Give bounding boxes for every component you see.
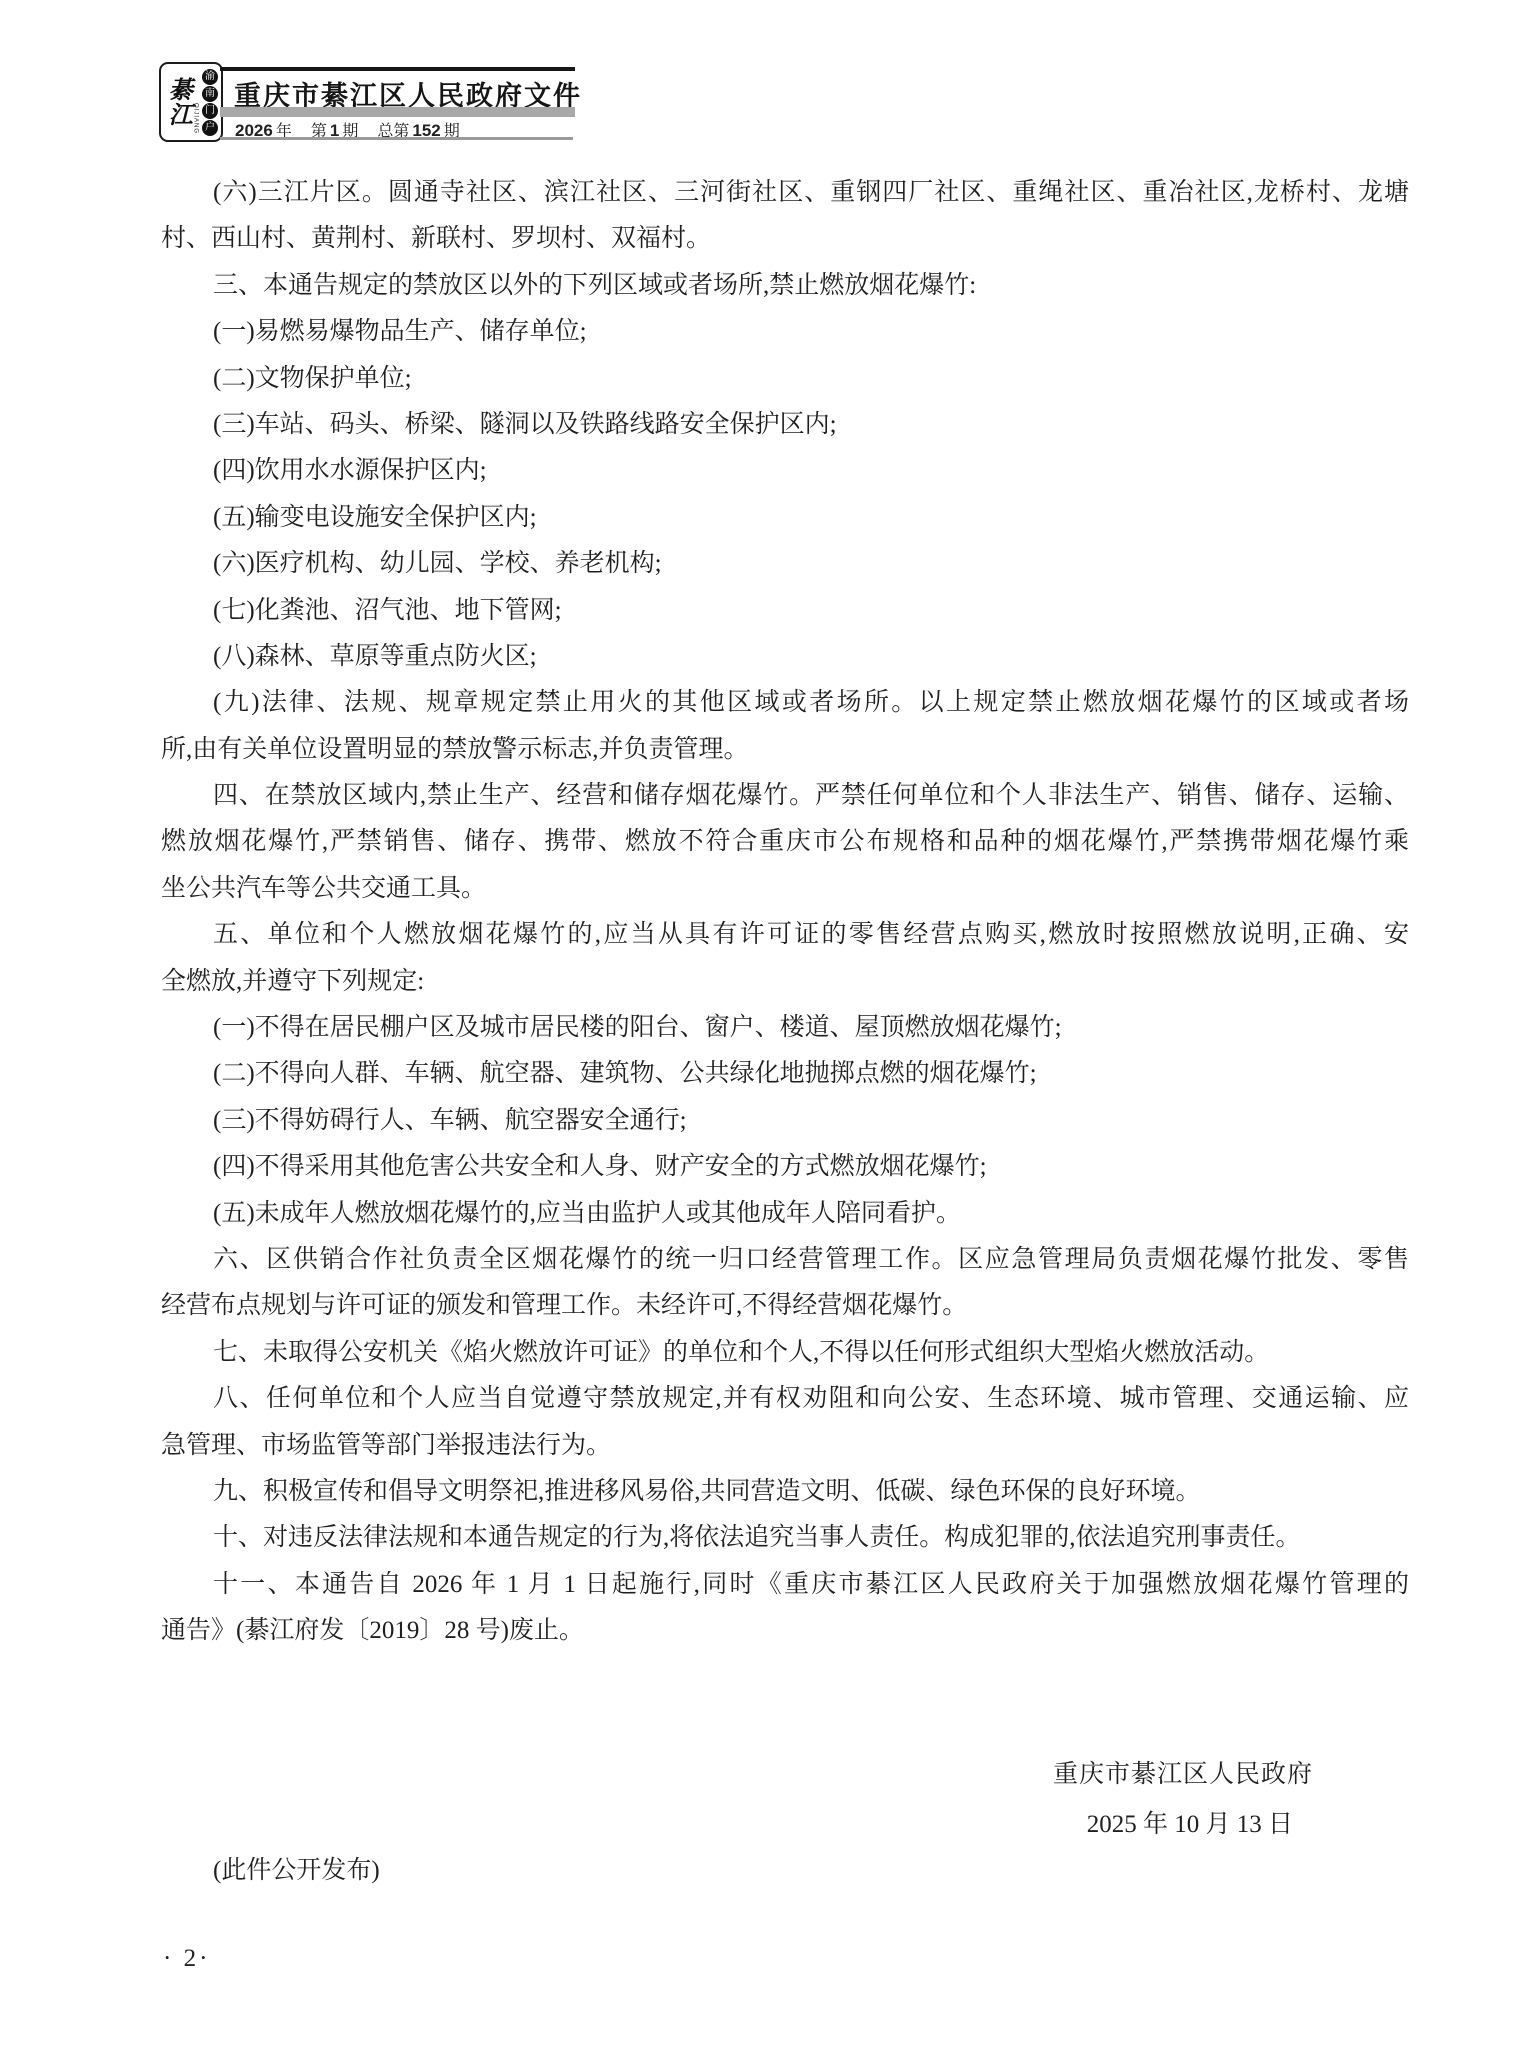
logo-seal-char: 门 <box>202 103 218 119</box>
document-line: 四、在禁放区域内,禁止生产、经营和储存烟花爆竹。严禁任何单位和个人非法生产、销售… <box>161 773 1409 819</box>
page-number: · 2· <box>163 1945 210 1973</box>
masthead-rule-bottom <box>220 137 573 140</box>
document-line: 五、单位和个人燃放烟花爆竹的,应当从具有许可证的零售经营点购买,燃放时按照燃放说… <box>161 912 1409 958</box>
document-line: (二)不得向人群、车辆、航空器、建筑物、公共绿化地抛掷点燃的烟花爆竹; <box>161 1051 1409 1097</box>
document-line: (一)不得在居民棚户区及城市居民楼的阳台、窗户、楼道、屋顶燃放烟花爆竹; <box>161 1005 1409 1051</box>
document-line: 九、积极宣传和倡导文明祭祀,推进移风易俗,共同营造文明、低碳、绿色环保的良好环境… <box>161 1469 1409 1515</box>
masthead-rule-top <box>220 67 575 71</box>
logo-seal-char: 渝 <box>202 69 218 85</box>
issue-date: 2025 年 10 月 13 日 <box>161 1802 1409 1848</box>
document-line: (四)不得采用其他危害公共安全和人身、财产安全的方式燃放烟花爆竹; <box>161 1144 1409 1190</box>
document-text-block: (六)三江片区。圆通寺社区、滨江社区、三河街社区、重钢四厂社区、重绳社区、重冶社… <box>161 170 1409 1655</box>
logo-seal-char: 南 <box>202 86 218 102</box>
document-line: (三)车站、码头、桥梁、隧洞以及铁路线路安全保护区内; <box>161 402 1409 448</box>
document-line: 所,由有关单位设置明显的禁放警示标志,并负责管理。 <box>161 727 1409 773</box>
document-line: 十、对违反法律法规和本通告规定的行为,将依法追究当事人责任。构成犯罪的,依法追究… <box>161 1515 1409 1561</box>
document-line: 七、未取得公安机关《焰火燃放许可证》的单位和个人,不得以任何形式组织大型焰火燃放… <box>161 1330 1409 1376</box>
document-line: (二)文物保护单位; <box>161 356 1409 402</box>
logo-seal-column: 渝 南 门 户 <box>202 69 218 136</box>
masthead-divider-bar <box>220 107 575 117</box>
logo-romanized-text: QIJIANG <box>193 103 199 134</box>
document-line: (五)输变电设施安全保护区内; <box>161 495 1409 541</box>
document-line: (一)易燃易爆物品生产、储存单位; <box>161 309 1409 355</box>
document-line: (五)未成年人燃放烟花爆竹的,应当由监护人或其他成年人陪同看护。 <box>161 1191 1409 1237</box>
document-line: 燃放烟花爆竹,严禁销售、储存、携带、燃放不符合重庆市公布规格和品种的烟花爆竹,严… <box>161 819 1409 865</box>
document-line: 经营布点规划与许可证的颁发和管理工作。未经许可,不得经营烟花爆竹。 <box>161 1283 1409 1329</box>
logo-name-vertical: 綦江 <box>164 77 189 127</box>
document-line: 六、区供销合作社负责全区烟花爆竹的统一归口经营管理工作。区应急管理局负责烟花爆竹… <box>161 1237 1409 1283</box>
document-page: 綦江 QIJIANG 渝 南 门 户 重庆市綦江区人民政府文件 2026年第1期… <box>0 0 1530 2062</box>
document-line: 三、本通告规定的禁放区以外的下列区域或者场所,禁止燃放烟花爆竹: <box>161 263 1409 309</box>
issuer-signature: 重庆市綦江区人民政府 <box>161 1752 1409 1798</box>
document-line: 村、西山村、黄荆村、新联村、罗坝村、双福村。 <box>161 216 1409 262</box>
document-line: (九)法律、法规、规章规定禁止用火的其他区域或者场所。以上规定禁止燃放烟花爆竹的… <box>161 680 1409 726</box>
document-line: 全燃放,并遵守下列规定: <box>161 959 1409 1005</box>
document-line: 急管理、市场监管等部门举报违法行为。 <box>161 1423 1409 1469</box>
document-line: 八、任何单位和个人应当自觉遵守禁放规定,并有权劝阻和向公安、生态环境、城市管理、… <box>161 1376 1409 1422</box>
document-line: 坐公共汽车等公共交通工具。 <box>161 866 1409 912</box>
document-line: 通告》(綦江府发〔2019〕28 号)废止。 <box>161 1608 1409 1654</box>
document-body: (六)三江片区。圆通寺社区、滨江社区、三河街社区、重钢四厂社区、重绳社区、重冶社… <box>161 170 1409 1895</box>
document-line: 十一、本通告自 2026 年 1 月 1 日起施行,同时《重庆市綦江区人民政府关… <box>161 1562 1409 1608</box>
logo-seal-char: 户 <box>202 120 218 136</box>
document-line: (六)医疗机构、幼儿园、学校、养老机构; <box>161 541 1409 587</box>
document-line: (六)三江片区。圆通寺社区、滨江社区、三河街社区、重钢四厂社区、重绳社区、重冶社… <box>161 170 1409 216</box>
document-line: (八)森林、草原等重点防火区; <box>161 634 1409 680</box>
document-line: (三)不得妨碍行人、车辆、航空器安全通行; <box>161 1098 1409 1144</box>
masthead-logo: 綦江 QIJIANG 渝 南 门 户 <box>159 62 223 142</box>
publish-note: (此件公开发布) <box>161 1848 1409 1894</box>
document-line: (四)饮用水水源保护区内; <box>161 448 1409 494</box>
document-line: (七)化粪池、沼气池、地下管网; <box>161 588 1409 634</box>
